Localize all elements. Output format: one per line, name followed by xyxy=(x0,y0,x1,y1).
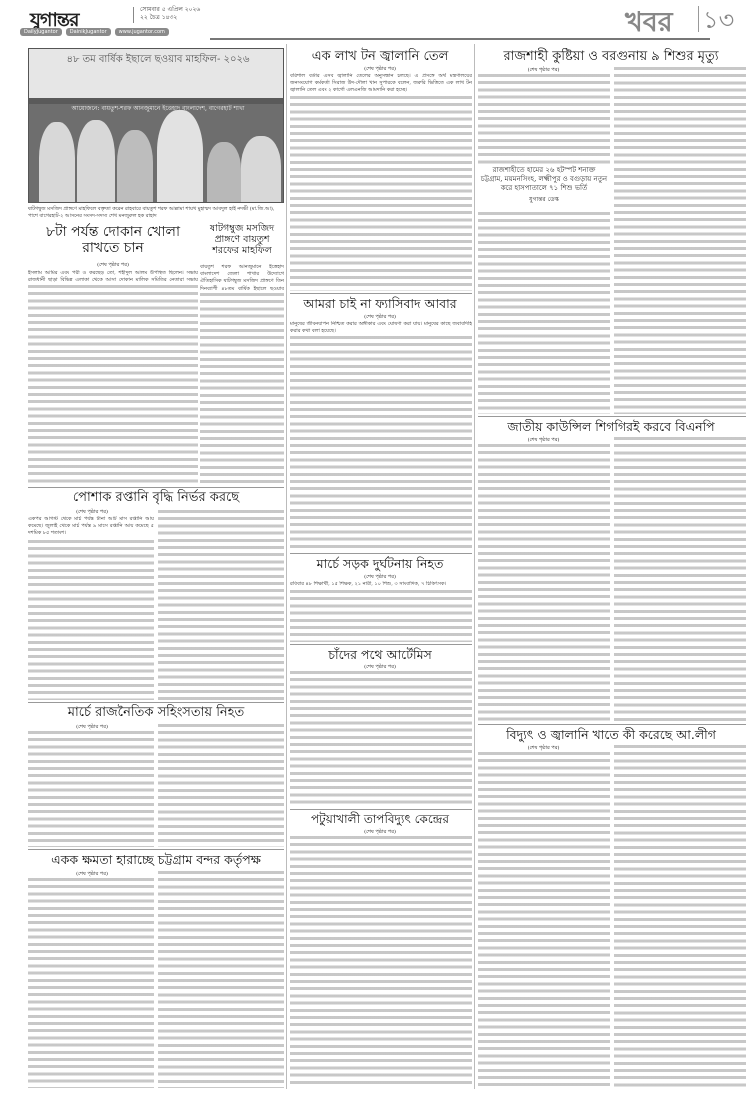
photo-person xyxy=(117,130,153,202)
photo-person xyxy=(77,120,115,202)
column-rule xyxy=(474,44,475,1089)
article-text-block xyxy=(478,74,610,164)
article-text-block xyxy=(614,67,746,414)
photo-caption: ষাটগম্বুজ মসজিদ প্রাঙ্গণে মাহফিলে বক্তৃত… xyxy=(28,206,284,220)
section-rule xyxy=(478,416,746,417)
event-photo: ৪৮ তম বার্ষিক ইছালে ছওয়াব মাহফিল- ২০২৬ … xyxy=(28,48,284,203)
headline-chattogram-port: একক ক্ষমতা হারাচ্ছে চট্টগ্রাম বন্দর কর্ত… xyxy=(28,853,284,867)
date-block: সোমবার ৫ এপ্রিল ২০২৬ ২২ চৈত্র ১৪৩২ xyxy=(140,6,200,22)
article-body: একপর আগস্ট থেকে মার্চ পর্যন্ত টানা আট মা… xyxy=(28,516,154,538)
masthead: যুগান্তর সোমবার ৫ এপ্রিল ২০২৬ ২২ চৈত্র ১… xyxy=(0,0,751,42)
column-rule xyxy=(286,44,287,1089)
article-body: বায়তুশ শরফ আনজুমানে ইত্তেহাদ বাংলাদেশ জ… xyxy=(200,264,284,292)
article-text-block xyxy=(28,285,198,485)
article-text-block xyxy=(290,336,472,551)
divider xyxy=(698,6,699,32)
social-link-facebook[interactable]: DainikJugantor xyxy=(66,28,111,36)
photo-person xyxy=(39,122,75,202)
section-title: খবর xyxy=(625,2,673,47)
section-rule xyxy=(28,702,284,703)
section-rule xyxy=(290,293,472,294)
photo-person xyxy=(157,110,203,202)
article-text-block xyxy=(614,745,746,1088)
photo-banner-subtitle: আয়োজনে: বায়তুশ-শরফ আনজুমানে ইত্তেহাদ ব… xyxy=(37,103,279,114)
reporter-credit: যুগান্তর ডেস্ক xyxy=(478,195,610,204)
headline-road-accident: মার্চে সড়ক দুর্ঘটনায় নিহত xyxy=(288,557,472,571)
section-rule xyxy=(290,644,472,645)
article-text-block xyxy=(28,878,154,1088)
highlight-box: রাজশাহীতে হামের ২৬ হটস্পট শনাক্ত চট্টগ্র… xyxy=(478,166,610,204)
section-rule xyxy=(28,849,284,850)
article-text-block xyxy=(158,724,284,847)
section-rule xyxy=(478,724,746,725)
article-text-block xyxy=(478,444,610,722)
article-body: বরিশাল বর্ডার এসব জ্বালানি তেলের অনুসন্ধ… xyxy=(290,73,472,95)
article-text-block xyxy=(290,590,472,642)
article-text-block xyxy=(478,752,610,1088)
page-number: ১৩ xyxy=(703,2,734,42)
article-text-block xyxy=(28,540,154,700)
continued-label: (শেষ পৃষ্ঠার পর) xyxy=(28,262,198,270)
social-links: DailyJugantor DainikJugantor www.juganto… xyxy=(20,28,169,36)
article-text-block xyxy=(158,510,284,700)
headline-political-violence: মার্চে রাজনৈতিক সহিংসতায় নিহত xyxy=(28,706,284,721)
headline-apparel: পোশাক রপ্তানি বৃদ্ধি নির্ভর করছে xyxy=(28,491,284,506)
headline-power-sector: বিদ্যুৎ ও জ্বালানি খাতে কী করেছে আ.লীগ xyxy=(476,728,746,742)
headline-patuakhali: পটুয়াখালী তাপবিদ্যুৎ কেন্দ্রের xyxy=(288,813,472,827)
headline-fascism: আমরা চাই না ফ্যাসিবাদ আবার xyxy=(288,297,472,311)
photo-person xyxy=(241,136,281,202)
article-body: ইসলাম আমির এবং পরী ও করছেড় তো, শহীদুল আ… xyxy=(28,270,198,284)
highlight-line: চট্টগ্রাম, ময়মনসিংহ, লক্ষ্মীপুর ও বগুড়… xyxy=(478,175,610,193)
article-text-block xyxy=(290,671,472,807)
section-rule xyxy=(290,553,472,554)
headline-mahfil: ষাটগম্বুজ মসজিদ প্রাঙ্গণে বায়তুশ শরফের … xyxy=(200,224,284,257)
headline-bnp: জাতীয় কাউন্সিল শিগগিরই করবে বিএনপি xyxy=(476,420,746,434)
article-text-block xyxy=(478,212,610,414)
photo-person xyxy=(207,142,241,202)
photo-banner-title: ৪৮ তম বার্ষিক ইছালে ছওয়াব মাহফিল- ২০২৬ xyxy=(37,52,279,69)
article-body: মানুষের জীবনযাপন নিশ্চিত করার অঙ্গীকার এ… xyxy=(290,321,472,335)
article-text-block xyxy=(28,731,154,847)
article-text-block xyxy=(200,293,284,485)
article-text-block xyxy=(290,836,472,1088)
headline-shops: ৮টা পর্যন্ত দোকান খোলা রাখতে চান xyxy=(28,224,198,256)
social-link-twitter[interactable]: DailyJugantor xyxy=(20,28,62,36)
headline-artemis: চাঁদের পথে আর্টেমিস xyxy=(288,648,472,662)
highlight-line: রাজশাহীতে হামের ২৬ হটস্পট শনাক্ত xyxy=(478,166,610,175)
section-rule xyxy=(290,809,472,810)
divider xyxy=(133,7,134,23)
article-text-block xyxy=(614,437,746,722)
date-gregorian: সোমবার ৫ এপ্রিল ২০২৬ xyxy=(140,6,200,14)
social-link-website[interactable]: www.jugantor.com xyxy=(115,28,169,36)
headline-fuel: এক লাখ টন জ্বালানি তেল xyxy=(288,50,472,65)
article-body: রবিবার ৪৮ শিক্ষার্থী, ১৫ শিক্ষক, ২১ নারী… xyxy=(290,581,472,589)
article-text-block xyxy=(158,871,284,1088)
date-bengali: ২২ চৈত্র ১৪৩২ xyxy=(140,14,200,22)
article-text-block xyxy=(290,96,472,291)
headline-rajshahi: রাজশাহী কুষ্টিয়া ও বরগুনায় ৯ শিশুর মৃত… xyxy=(476,50,746,65)
section-rule xyxy=(28,487,284,488)
